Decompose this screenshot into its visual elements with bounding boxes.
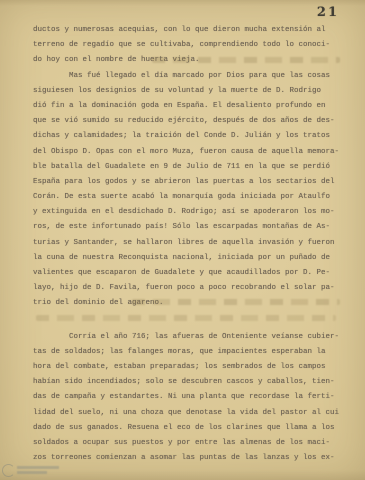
stamp-text-smudge bbox=[17, 466, 59, 469]
stamp-text-smudge bbox=[17, 471, 47, 474]
text-line: España para los godos y se abrieron las … bbox=[33, 175, 345, 190]
reverse-side-text-bleed bbox=[36, 315, 336, 321]
typewritten-text-block: ductos y numerosas acequias, con lo que … bbox=[33, 23, 345, 466]
text-line: Mas fué llegado el día marcado por Dios … bbox=[33, 69, 345, 84]
text-line: das de campaña y estandartes. Ni una pla… bbox=[33, 390, 345, 405]
text-line: ros, de este infortunado país! Sólo las … bbox=[33, 220, 345, 235]
text-line: que se vió sumido su reducido ejército, … bbox=[33, 114, 345, 129]
stamp-ring bbox=[2, 464, 15, 477]
text-line: Corría el año 716; las afueras de Onteni… bbox=[33, 330, 345, 345]
text-line: del Obispo D. Opas con el moro Muza, fue… bbox=[33, 145, 345, 160]
text-line: habían sido incendiados; solo se descubr… bbox=[33, 375, 345, 390]
library-stamp-icon bbox=[2, 462, 72, 478]
text-line: Corán. De esta suerte acabó la monarquía… bbox=[33, 190, 345, 205]
scanned-page: 21 ductos y numerosas acequias, con lo q… bbox=[0, 0, 365, 480]
text-line: tas de soldados; las falanges moras, que… bbox=[33, 345, 345, 360]
text-line: valientes que escaparon de Guadalete y q… bbox=[33, 266, 345, 281]
page-number: 21 bbox=[317, 5, 339, 20]
text-line: terreno de regadío que se cultivaba, com… bbox=[33, 38, 345, 53]
text-line: hora del combate, estaban preparadas; lo… bbox=[33, 360, 345, 375]
paragraph: Corría el año 716; las afueras de Onteni… bbox=[33, 330, 345, 467]
text-line: soldados a ocupar sus puestos y por entr… bbox=[33, 436, 345, 451]
text-line: dichas y calamidades; la traición del Co… bbox=[33, 129, 345, 144]
text-line: zos torreones comienzan a asomar las pun… bbox=[33, 451, 345, 466]
text-line: y extinguida en el desdichado D. Rodrigo… bbox=[33, 205, 345, 220]
text-line: turias y Santander, se hallaron libres d… bbox=[33, 236, 345, 251]
text-line: dió fin a la dominación goda en España. … bbox=[33, 99, 345, 114]
text-line: lidad del suelo, ni una choza que denota… bbox=[33, 406, 345, 421]
text-line: ble batalla del Guadalete en 9 de Julio … bbox=[33, 160, 345, 175]
text-line: dado de sus ganados. Resuena el eco de l… bbox=[33, 421, 345, 436]
text-line: ductos y numerosas acequias, con lo que … bbox=[33, 23, 345, 38]
text-line: la cuna de nuestra Reconquista nacional,… bbox=[33, 251, 345, 266]
paragraph: Mas fué llegado el día marcado por Dios … bbox=[33, 69, 345, 312]
reverse-side-text-bleed bbox=[152, 57, 340, 63]
reverse-side-text-bleed bbox=[132, 299, 340, 305]
text-line: siguiesen los designios de su voluntad y… bbox=[33, 84, 345, 99]
text-line: layo, hijo de D. Favila, fueron poco a p… bbox=[33, 281, 345, 296]
